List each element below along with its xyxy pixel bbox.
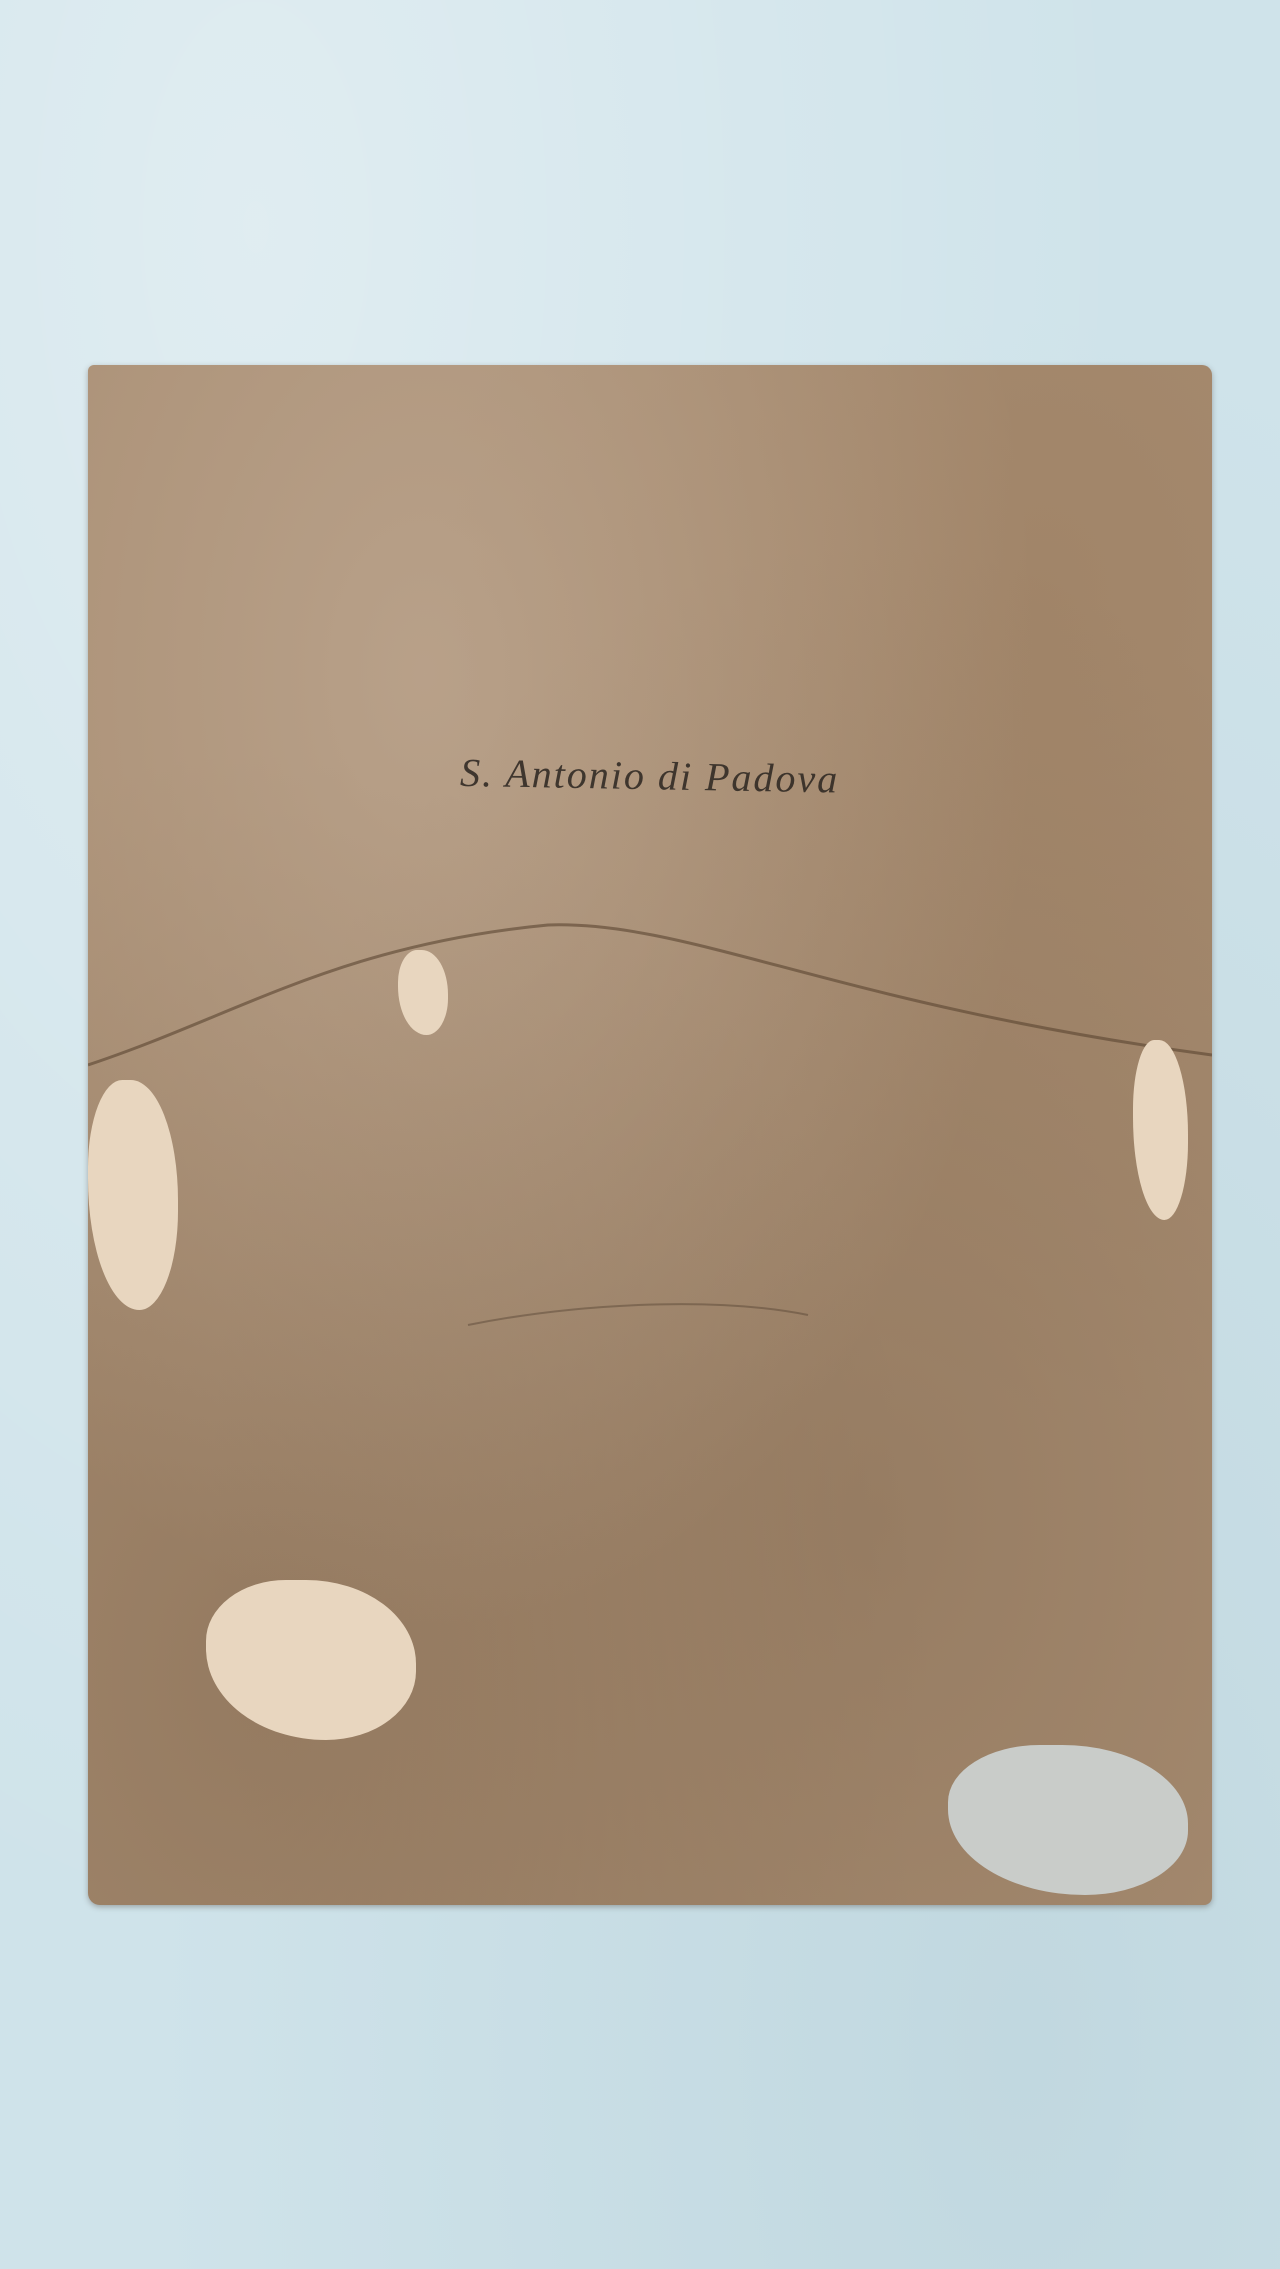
parchment-sheet bbox=[88, 365, 1212, 1905]
